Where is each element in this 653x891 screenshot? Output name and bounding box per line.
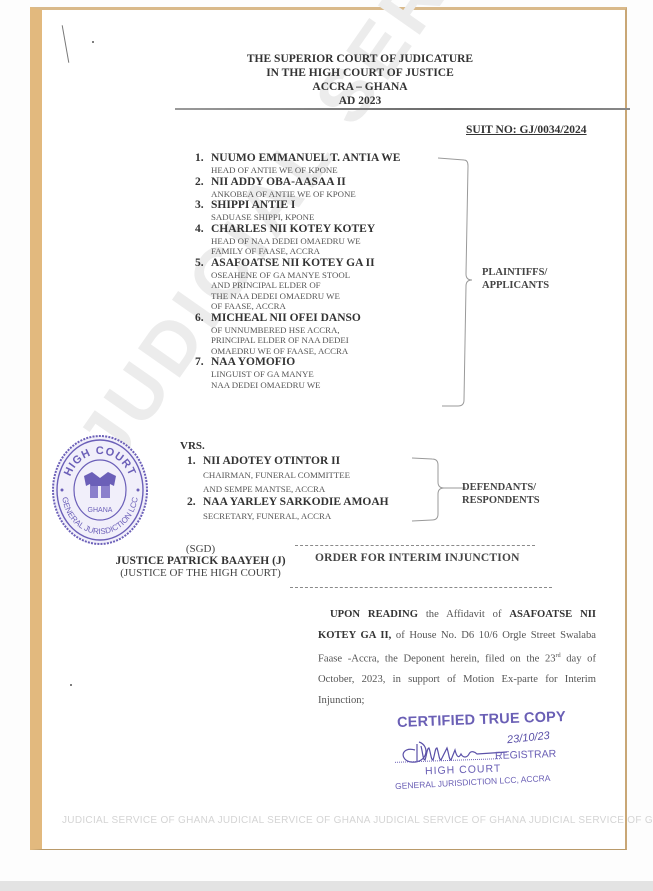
judge-title: (JUSTICE OF THE HIGH COURT) [108, 567, 293, 579]
defendants-label-line: DEFENDANTS/ [462, 481, 540, 494]
plaintiffs-brace [438, 156, 478, 408]
defendants-brace [410, 456, 470, 526]
party-entry: 6.MICHEAL NII OFEI DANSOOF UNNUMBERED HS… [195, 312, 400, 357]
party-entry: 3.SHIPPI ANTIE ISADUASE SHIPPI, KPONE [195, 199, 400, 223]
party-number: 4. [195, 223, 209, 257]
registrar-label: REGISTRAR [495, 748, 557, 762]
party-entry: 2.NAA YARLEY SARKODIE AMOAHSECRETARY, FU… [187, 496, 389, 523]
signed-marker: (SGD) [108, 543, 293, 555]
body-text: the Affidavit of [418, 609, 509, 620]
party-number: 6. [195, 312, 209, 357]
plaintiffs-list: 1.NUUMO EMMANUEL T. ANTIA WEHEAD OF ANTI… [195, 152, 400, 390]
party-description: OMAEDRU WE OF FAASE, ACCRA [211, 346, 361, 357]
party-entry: 7.NAA YOMOFIOLINGUIST OF GA MANYENAA DED… [195, 356, 400, 390]
party-description: SECRETARY, FUNERAL, ACCRA [203, 509, 389, 523]
party-entry: 2.NII ADDY OBA-AASAA IIANKOBEA OF ANTIE … [195, 176, 400, 200]
watermark-footer: JUDICIAL SERVICE OF GHANA JUDICIAL SERVI… [62, 815, 653, 826]
party-description: ANKOBEA OF ANTIE WE OF KPONE [211, 189, 356, 200]
party-description: OF FAASE, ACCRA [211, 301, 375, 312]
court-header: THE SUPERIOR COURT OF JUDICATURE IN THE … [175, 52, 545, 108]
party-name: NII ADDY OBA-AASAA II [211, 176, 356, 189]
body-lead: UPON READING [330, 609, 418, 620]
header-rule [175, 108, 630, 110]
party-entry: 5.ASAFOATSE NII KOTEY GA IIOSEAHENE OF G… [195, 257, 400, 312]
party-description: THE NAA DEDEI OMAEDRU WE [211, 291, 375, 302]
party-number: 2. [195, 176, 209, 200]
speck [70, 684, 72, 686]
header-line: THE SUPERIOR COURT OF JUDICATURE [175, 52, 545, 66]
defendants-label: DEFENDANTS/ RESPONDENTS [462, 481, 540, 507]
party-entry: 1.NUUMO EMMANUEL T. ANTIA WEHEAD OF ANTI… [195, 152, 400, 176]
party-description: CHAIRMAN, FUNERAL COMMITTEE [203, 468, 350, 482]
party-entry: 1.NII ADOTEY OTINTOR IICHAIRMAN, FUNERAL… [187, 455, 389, 496]
certified-true-copy-stamp: CERTIFIED TRUE COPY 23/10/23 REGISTRAR H… [395, 712, 585, 802]
party-description: AND PRINCIPAL ELDER OF [211, 280, 375, 291]
party-description: LINGUIST OF GA MANYE [211, 369, 321, 380]
viewer-bottom-bar [0, 881, 653, 891]
party-description: NAA DEDEI OMAEDRU WE [211, 380, 321, 391]
plaintiffs-label-line: PLAINTIFFS/ [482, 266, 549, 279]
party-description: SADUASE SHIPPI, KPONE [211, 212, 314, 223]
party-name: SHIPPI ANTIE I [211, 199, 314, 212]
party-entry: 4.CHARLES NII KOTEY KOTEYHEAD OF NAA DED… [195, 223, 400, 257]
party-number: 1. [195, 152, 209, 176]
party-description: OSEAHENE OF GA MANYE STOOL [211, 270, 375, 281]
order-rule-bottom [290, 587, 552, 588]
party-name: NII ADOTEY OTINTOR II [203, 455, 350, 468]
party-description: OF UNNUMBERED HSE ACCRA, [211, 325, 361, 336]
order-rule-top [295, 545, 535, 546]
svg-text:GHANA: GHANA [88, 507, 113, 514]
party-number: 2. [187, 496, 201, 523]
party-number: 7. [195, 356, 209, 390]
judge-name: JUSTICE PATRICK BAAYEH (J) [108, 555, 293, 567]
party-number: 5. [195, 257, 209, 312]
party-name: NUUMO EMMANUEL T. ANTIA WE [211, 152, 400, 165]
order-title: ORDER FOR INTERIM INJUNCTION [315, 552, 520, 564]
party-description: PRINCIPAL ELDER OF NAA DEDEI [211, 335, 361, 346]
high-court-seal: HIGH COURT GENERAL JURISDICTION LCC GHAN… [50, 432, 150, 548]
suit-number: SUIT NO: GJ/0034/2024 [466, 124, 587, 136]
party-description: FAMILY OF FAASE, ACCRA [211, 246, 375, 257]
defendants-label-line: RESPONDENTS [462, 494, 540, 507]
party-name: MICHEAL NII OFEI DANSO [211, 312, 361, 325]
party-name: NAA YOMOFIO [211, 356, 321, 369]
speck [92, 41, 94, 43]
header-line: IN THE HIGH COURT OF JUSTICE [175, 66, 545, 80]
plaintiffs-label-line: APPLICANTS [482, 279, 549, 292]
header-line: ACCRA – GHANA [175, 80, 545, 94]
party-description: HEAD OF NAA DEDEI OMAEDRU WE [211, 236, 375, 247]
versus-label: VRS. [180, 440, 205, 452]
plaintiffs-label: PLAINTIFFS/ APPLICANTS [482, 266, 549, 292]
party-description: AND SEMPE MANTSE, ACCRA [203, 482, 350, 496]
party-number: 1. [187, 455, 201, 496]
judge-signature-block: (SGD) JUSTICE PATRICK BAAYEH (J) (JUSTIC… [108, 543, 293, 579]
party-name: CHARLES NII KOTEY KOTEY [211, 223, 375, 236]
header-line: AD 2023 [175, 94, 545, 108]
party-name: ASAFOATSE NII KOTEY GA II [211, 257, 375, 270]
party-number: 3. [195, 199, 209, 223]
party-description: HEAD OF ANTIE WE OF KPONE [211, 165, 400, 176]
defendants-list: 1.NII ADOTEY OTINTOR IICHAIRMAN, FUNERAL… [187, 455, 389, 523]
party-name: NAA YARLEY SARKODIE AMOAH [203, 496, 389, 509]
order-body-paragraph: UPON READING the Affidavit of ASAFOATSE … [318, 605, 596, 711]
